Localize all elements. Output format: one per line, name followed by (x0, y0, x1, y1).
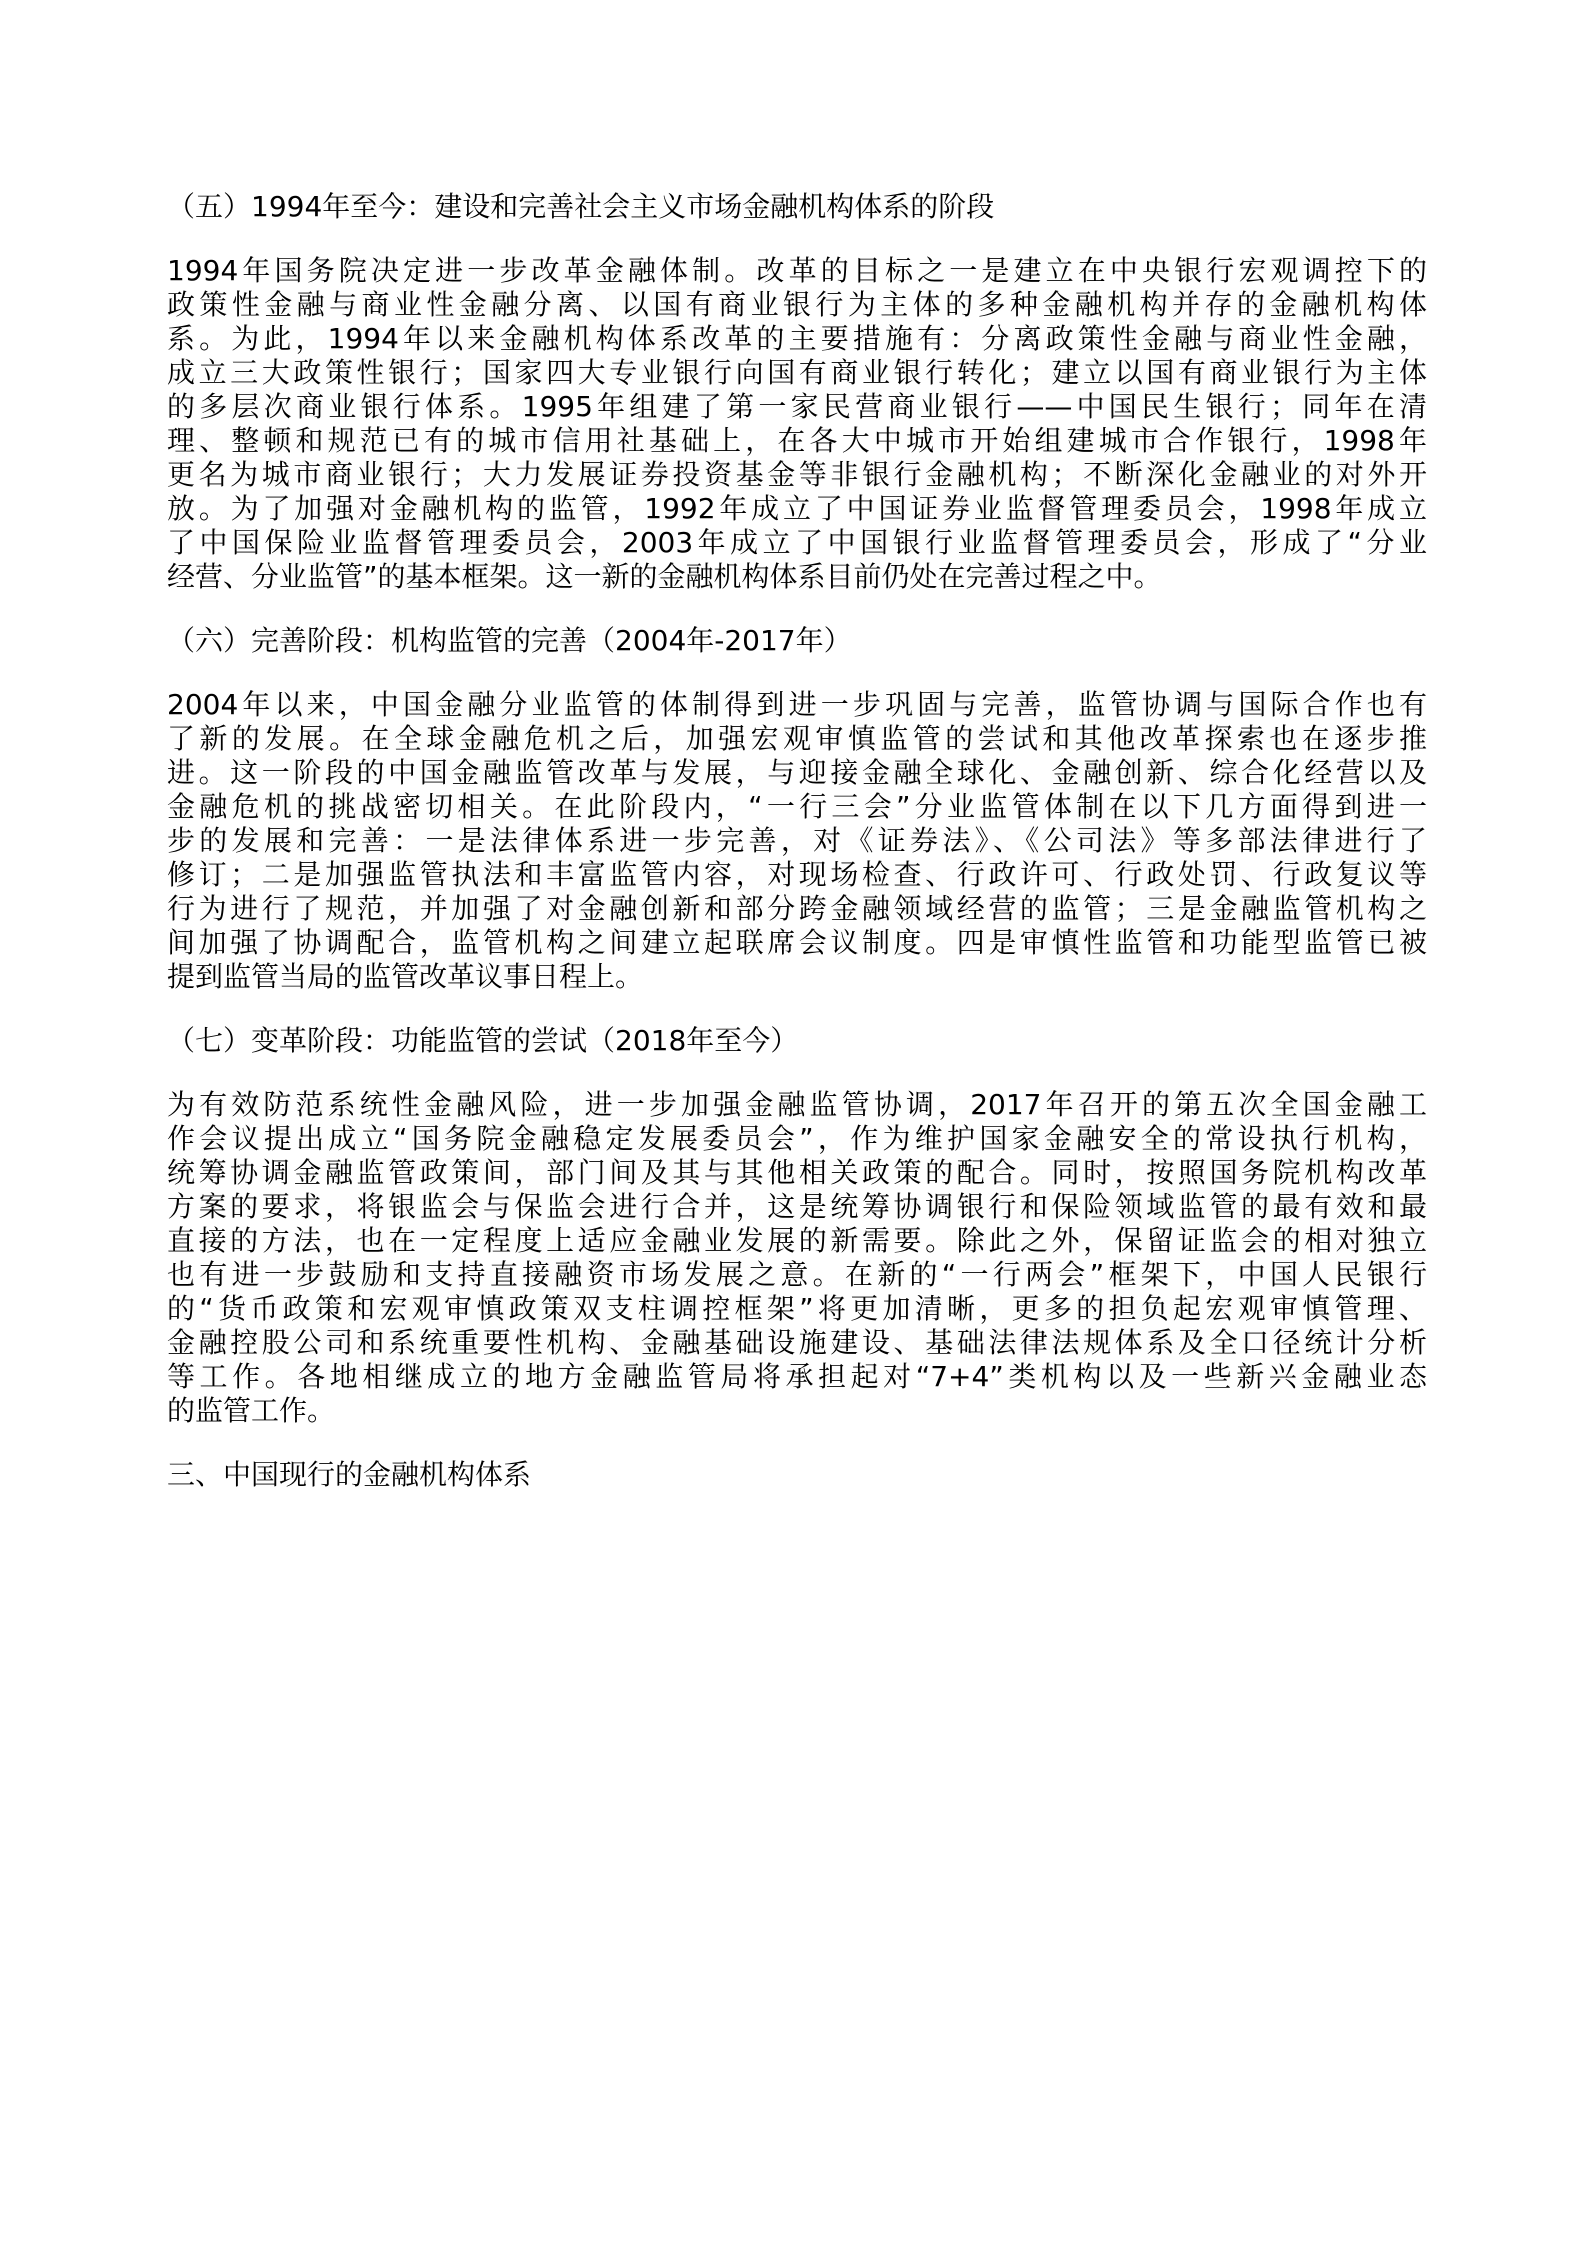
text-line: 金融控股公司和系统重要性机构、金融基础设施建设、基础法律法规体系及全口径统计分析 (167, 1326, 1427, 1360)
text-line: 放。为了加强对金融机构的监管，1992年成立了中国证券业监督管理委员会，1998… (167, 492, 1427, 526)
section-heading-6: （六）完善阶段：机构监管的完善（2004年-2017年） (167, 624, 1427, 658)
text-line: 进。这一阶段的中国金融监管改革与发展，与迎接金融全球化、金融创新、综合化经营以及 (167, 756, 1427, 790)
text-line: 直接的方法，也在一定程度上适应金融业发展的新需要。除此之外，保留证监会的相对独立 (167, 1224, 1427, 1258)
text-line: 了中国保险业监督管理委员会，2003年成立了中国银行业监督管理委员会，形成了“分… (167, 526, 1427, 560)
section-heading-5: （五）1994年至今：建设和完善社会主义市场金融机构体系的阶段 (167, 190, 1427, 224)
text-line: 政策性金融与商业性金融分离、以国有商业银行为主体的多种金融机构并存的金融机构体 (167, 288, 1427, 322)
text-line: 的多层次商业银行体系。1995年组建了第一家民营商业银行——中国民生银行；同年在… (167, 390, 1427, 424)
section-paragraph-6: 2004年以来，中国金融分业监管的体制得到进一步巩固与完善，监管协调与国际合作也… (167, 688, 1427, 994)
section-paragraph-5: 1994年国务院决定进一步改革金融体制。改革的目标之一是建立在中央银行宏观调控下… (167, 254, 1427, 594)
section-heading-7: （七）变革阶段：功能监管的尝试（2018年至今） (167, 1024, 1427, 1058)
text-line: 步的发展和完善：一是法律体系进一步完善，对《证券法》、《公司法》等多部法律进行了 (167, 824, 1427, 858)
text-line: 1994年国务院决定进一步改革金融体制。改革的目标之一是建立在中央银行宏观调控下… (167, 254, 1427, 288)
text-line: 间加强了协调配合，监管机构之间建立起联席会议制度。四是审慎性监管和功能型监管已被 (167, 926, 1427, 960)
section-paragraph-7: 为有效防范系统性金融风险，进一步加强金融监管协调，2017年召开的第五次全国金融… (167, 1088, 1427, 1428)
document-page: （五）1994年至今：建设和完善社会主义市场金融机构体系的阶段 1994年国务院… (167, 190, 1427, 1522)
text-line: 也有进一步鼓励和支持直接融资市场发展之意。在新的“一行两会”框架下，中国人民银行 (167, 1258, 1427, 1292)
text-line: 统筹协调金融监管政策间，部门间及其与其他相关政策的配合。同时，按照国务院机构改革 (167, 1156, 1427, 1190)
text-line: 金融危机的挑战密切相关。在此阶段内，“一行三会”分业监管体制在以下几方面得到进一 (167, 790, 1427, 824)
text-line: 了新的发展。在全球金融危机之后，加强宏观审慎监管的尝试和其他改革探索也在逐步推 (167, 722, 1427, 756)
text-line: 提到监管当局的监管改革议事日程上。 (167, 960, 1427, 994)
text-line: 更名为城市商业银行；大力发展证券投资基金等非银行金融机构；不断深化金融业的对外开 (167, 458, 1427, 492)
text-line: 行为进行了规范，并加强了对金融创新和部分跨金融领域经营的监管；三是金融监管机构之 (167, 892, 1427, 926)
text-line: 理、整顿和规范已有的城市信用社基础上，在各大中城市开始组建城市合作银行，1998… (167, 424, 1427, 458)
text-line: 作会议提出成立“国务院金融稳定发展委员会”，作为维护国家金融安全的常设执行机构， (167, 1122, 1427, 1156)
text-line: 2004年以来，中国金融分业监管的体制得到进一步巩固与完善，监管协调与国际合作也… (167, 688, 1427, 722)
text-line: 为有效防范系统性金融风险，进一步加强金融监管协调，2017年召开的第五次全国金融… (167, 1088, 1427, 1122)
text-line: 成立三大政策性银行；国家四大专业银行向国有商业银行转化；建立以国有商业银行为主体 (167, 356, 1427, 390)
text-line: 的监管工作。 (167, 1394, 1427, 1428)
chapter-heading-3: 三、中国现行的金融机构体系 (167, 1458, 1427, 1492)
text-line: 修订；二是加强监管执法和丰富监管内容，对现场检查、行政许可、行政处罚、行政复议等 (167, 858, 1427, 892)
text-line: 方案的要求，将银监会与保监会进行合并，这是统筹协调银行和保险领域监管的最有效和最 (167, 1190, 1427, 1224)
text-line: 等工作。各地相继成立的地方金融监管局将承担起对“7+4”类机构以及一些新兴金融业… (167, 1360, 1427, 1394)
text-line: 经营、分业监管”的基本框架。这一新的金融机构体系目前仍处在完善过程之中。 (167, 560, 1427, 594)
text-line: 系。为此，1994年以来金融机构体系改革的主要措施有：分离政策性金融与商业性金融… (167, 322, 1427, 356)
text-line: 的“货币政策和宏观审慎政策双支柱调控框架”将更加清晰，更多的担负起宏观审慎管理、 (167, 1292, 1427, 1326)
